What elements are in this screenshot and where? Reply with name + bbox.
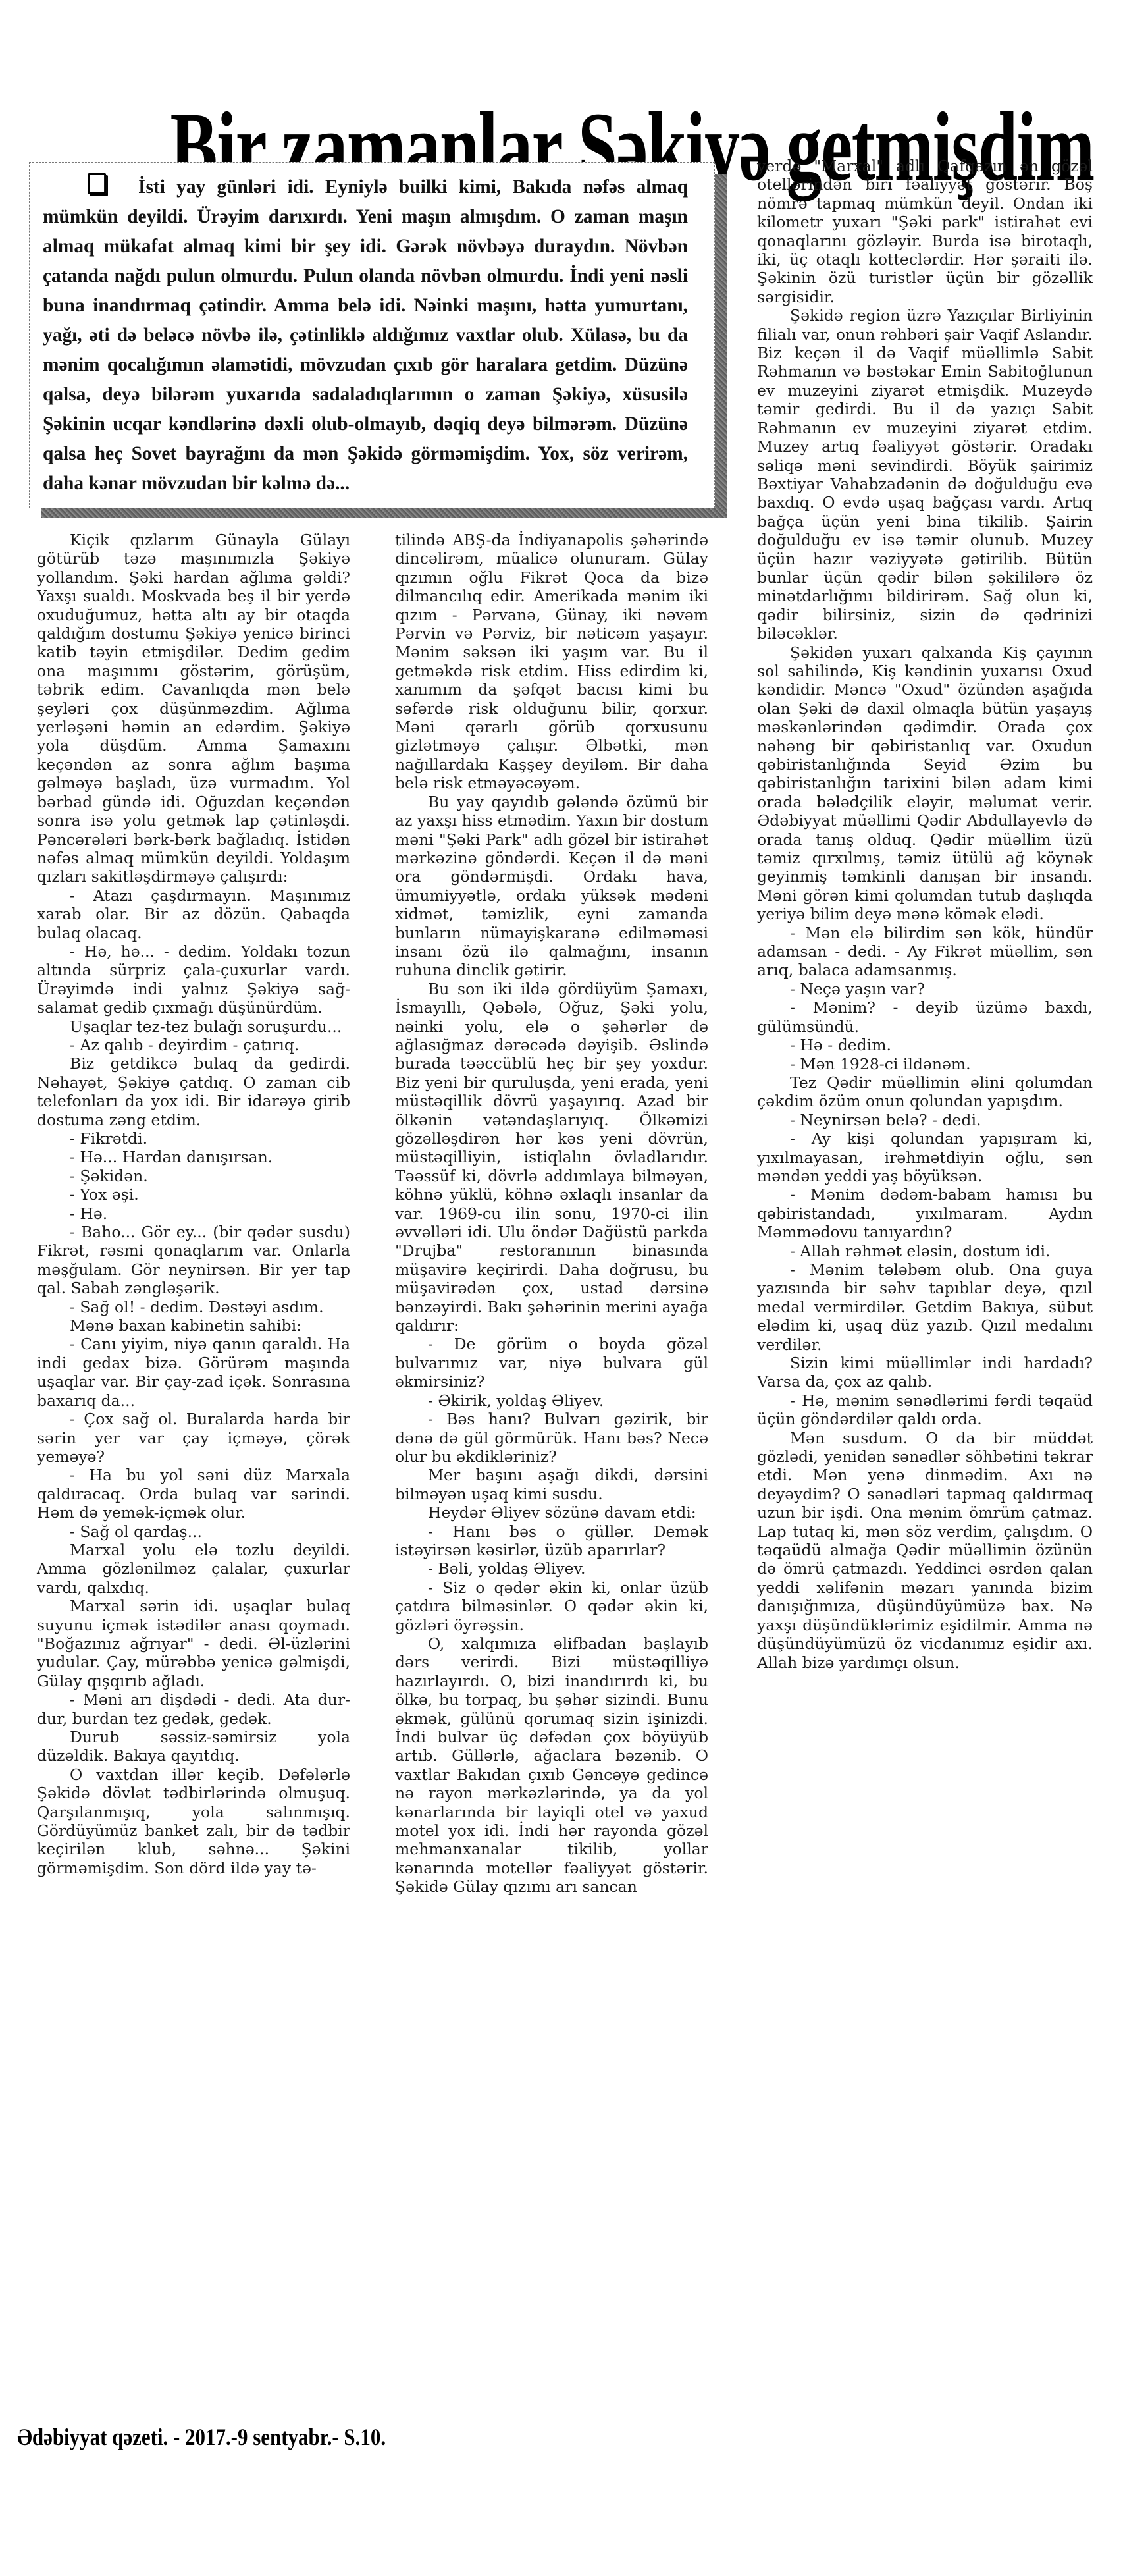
paragraph: - Mənim tələbəm olub. Ona guya yazısında… [757, 1260, 1093, 1354]
paragraph: Mən susdum. O da bir müddət gözlədi, yen… [757, 1429, 1093, 1672]
paragraph: - Hə. [37, 1204, 350, 1223]
paragraph: - Mən elə bilirdim sən kök, hündür adams… [757, 924, 1093, 980]
paragraph: - Sağ ol! - dedim. Dəstəyi asdım. [37, 1298, 350, 1316]
paragraph: - Neynirsən belə? - dedi. [757, 1111, 1093, 1129]
paragraph: Biz getdikcə bulaq da gedirdi. Nəhayət, … [37, 1054, 350, 1129]
paragraph: - Şəkidən. [37, 1167, 350, 1185]
paragraph: yerdə "Marxal" adlı Qafqazın ən gözəl ot… [757, 157, 1093, 306]
paragraph: Heydər Əliyev sözünə davam etdi: [395, 1503, 708, 1522]
checkbox-square-icon [88, 173, 106, 194]
paragraph: Mer başını aşağı dikdi, dərsini bilməyən… [395, 1466, 708, 1503]
paragraph: Bu son iki ildə gördüyüm Şamaxı, İsmayıl… [395, 980, 708, 1335]
paragraph: - Atazı çaşdırmayın. Maşınımız xarab ola… [37, 886, 350, 942]
paragraph: Tez Qədir müəllimin əlini qolumdan çəkdi… [757, 1073, 1093, 1111]
paragraph: Şəkidə region üzrə Yazıçılar Birliyinin … [757, 306, 1093, 643]
paragraph: - Yox əşi. [37, 1185, 350, 1204]
paragraph: - Ay kişi qolundan yapışıram ki, yıxılma… [757, 1129, 1093, 1185]
paragraph: - Neçə yaşın var? [757, 980, 1093, 998]
paragraph: Uşaqlar tez-tez bulağı soruşurdu... [37, 1017, 350, 1036]
paragraph: Şəkidən yuxarı qalxanda Kiş çayının sol … [757, 643, 1093, 924]
paragraph: - Hanı bəs o güllər. Demək istəyirsən kə… [395, 1522, 708, 1560]
paragraph: - Bəs hanı? Bulvarı gəzirik, bir dənə də… [395, 1410, 708, 1466]
paragraph: O, xalqımıza əlifbadan başlayıb dərs ver… [395, 1634, 708, 1896]
paragraph: - Mən 1928-ci ildənəm. [757, 1055, 1093, 1073]
source-citation: Ədəbiyyat qəzeti. - 2017.-9 sentyabr.- S… [17, 2423, 386, 2451]
paragraph: - Canı yiyim, niyə qanın qaraldı. Ha ind… [37, 1335, 350, 1410]
paragraph: - Sağ ol qardaş... [37, 1522, 350, 1541]
paragraph: - Əkirik, yoldaş Əliyev. [395, 1391, 708, 1410]
paragraph: - Çox sağ ol. Buralarda harda bir sərin … [37, 1410, 350, 1466]
lead-paragraph: İsti yay günləri idi. Eyniylə builki kim… [43, 172, 688, 498]
paragraph: - Hə - dedim. [757, 1036, 1093, 1054]
paragraph: - Hə... Hardan danışırsan. [37, 1148, 350, 1166]
column-2: tilində ABŞ-da İndiyanapolis şəhərində d… [395, 531, 708, 1896]
paragraph: - Fikrətdi. [37, 1129, 350, 1148]
paragraph: - Mənim dədəm-babam hamısı bu qəbiristan… [757, 1185, 1093, 1241]
paragraph: - Məni arı dişdədi - dedi. Ata dur-dur, … [37, 1690, 350, 1728]
lead-box-frame: İsti yay günləri idi. Eyniylə builki kim… [29, 162, 715, 508]
paragraph: Marxal yolu elə tozlu deyildi. Amma gözl… [37, 1541, 350, 1597]
paragraph: Durub səssiz-səmirsiz yola düzəldik. Bak… [37, 1728, 350, 1765]
paragraph: tilində ABŞ-da İndiyanapolis şəhərində d… [395, 531, 708, 793]
lead-box: İsti yay günləri idi. Eyniylə builki kim… [29, 162, 727, 518]
paragraph: - Siz o qədər əkin ki, onlar üzüb çatdır… [395, 1578, 708, 1634]
paragraph: O vaxtdan illər keçib. Dəfələrlə Şəkidə … [37, 1765, 350, 1877]
paragraph: - Allah rəhmət eləsin, dostum idi. [757, 1242, 1093, 1260]
paragraph: - De görüm o boyda gözəl bulvarımız var,… [395, 1335, 708, 1391]
paragraph: - Ha bu yol səni düz Marxala qaldıracaq.… [37, 1466, 350, 1522]
paragraph: - Mənim? - deyib üzümə baxdı, gülümsündü… [757, 998, 1093, 1036]
paragraph: Mənə baxan kabinetin sahibi: [37, 1316, 350, 1335]
column-3: yerdə "Marxal" adlı Qafqazın ən gözəl ot… [757, 157, 1093, 1672]
paragraph: Marxal sərin idi. uşaqlar bulaq suyunu i… [37, 1597, 350, 1690]
paragraph: - Bəli, yoldaş Əliyev. [395, 1559, 708, 1578]
lead-text: İsti yay günləri idi. Eyniylə builki kim… [43, 176, 688, 494]
paragraph: Kiçik qızlarım Günayla Gülayı götürüb tə… [37, 531, 350, 886]
paragraph: Bu yay qayıdıb gələndə özümü bir az yaxş… [395, 793, 708, 980]
paragraph: - Hə, mənim sənədlərimi fərdi təqaüd üçü… [757, 1391, 1093, 1429]
paragraph: - Az qalıb - deyirdim - çatırıq. [37, 1036, 350, 1054]
paragraph: Sizin kimi müəllimlər indi hardadı? Vars… [757, 1354, 1093, 1391]
paragraph: - Baho... Gör ey... (bir qədər susdu) Fi… [37, 1223, 350, 1298]
column-1: Kiçik qızlarım Günayla Gülayı götürüb tə… [37, 531, 350, 1877]
paragraph: - Hə, hə... - dedim. Yoldakı tozun altın… [37, 942, 350, 1017]
